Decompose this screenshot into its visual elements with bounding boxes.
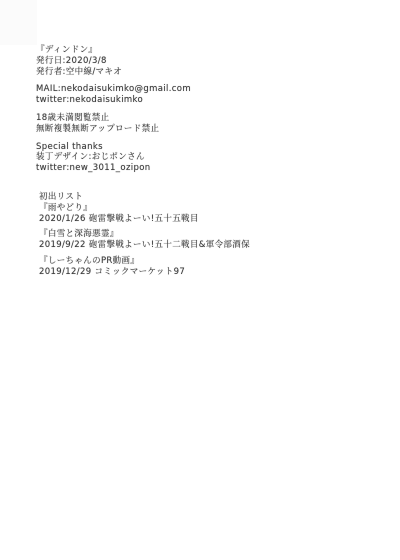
twitter-handle: twitter:nekodaisukimko <box>36 95 366 106</box>
special-thanks-block: Special thanks 装丁デザイン:おじポンさん twitter:new… <box>36 142 366 174</box>
mail-address: MAIL:nekodaisukimko@gmail.com <box>36 84 366 95</box>
reproduction-notice: 無断複製無断アップロード禁止 <box>36 124 366 135</box>
book-title: 『ディンドン』 <box>36 45 366 56</box>
publisher: 発行者:空中線/マキオ <box>36 67 366 78</box>
publish-date: 発行日:2020/3/8 <box>36 56 366 67</box>
age-restriction-notice: 18歳未満閲覧禁止 <box>36 113 366 124</box>
first-appearance-entry: 『しーちゃんのPR動画』 2019/12/29 コミックマーケット97 <box>39 256 366 278</box>
colophon-text-block: 『ディンドン』 発行日:2020/3/8 発行者:空中線/マキオ MAIL:ne… <box>36 45 366 285</box>
scan-corner-shade <box>0 0 37 45</box>
contact-block: MAIL:nekodaisukimko@gmail.com twitter:ne… <box>36 84 366 106</box>
entry-debut-info: 2019/12/29 コミックマーケット97 <box>39 267 366 278</box>
entry-debut-info: 2020/1/26 砲雷撃戦よーい!五十五戦目 <box>39 214 366 225</box>
first-appearance-heading: 初出リスト <box>39 192 366 203</box>
publication-info-block: 『ディンドン』 発行日:2020/3/8 発行者:空中線/マキオ <box>36 45 366 77</box>
entry-title: 『雨やどり』 <box>39 203 366 214</box>
notices-block: 18歳未満閲覧禁止 無断複製無断アップロード禁止 <box>36 113 366 135</box>
first-appearance-entry: 初出リスト 『雨やどり』 2020/1/26 砲雷撃戦よーい!五十五戦目 <box>39 192 366 224</box>
colophon-page: 『ディンドン』 発行日:2020/3/8 発行者:空中線/マキオ MAIL:ne… <box>0 0 400 560</box>
entry-title: 『白雪と深海悪霊』 <box>39 229 366 240</box>
entry-debut-info: 2019/9/22 砲雷撃戦よーい!五十二戦目&軍令部酒保 <box>39 240 366 251</box>
first-appearance-entry: 『白雪と深海悪霊』 2019/9/22 砲雷撃戦よーい!五十二戦目&軍令部酒保 <box>39 229 366 251</box>
entry-title: 『しーちゃんのPR動画』 <box>39 256 366 267</box>
designer-twitter-handle: twitter:new_3011_ozipon <box>36 163 366 174</box>
first-appearance-section: 初出リスト 『雨やどり』 2020/1/26 砲雷撃戦よーい!五十五戦目 『白雪… <box>36 192 366 278</box>
special-thanks-heading: Special thanks <box>36 142 366 153</box>
cover-design-credit: 装丁デザイン:おじポンさん <box>36 152 366 163</box>
